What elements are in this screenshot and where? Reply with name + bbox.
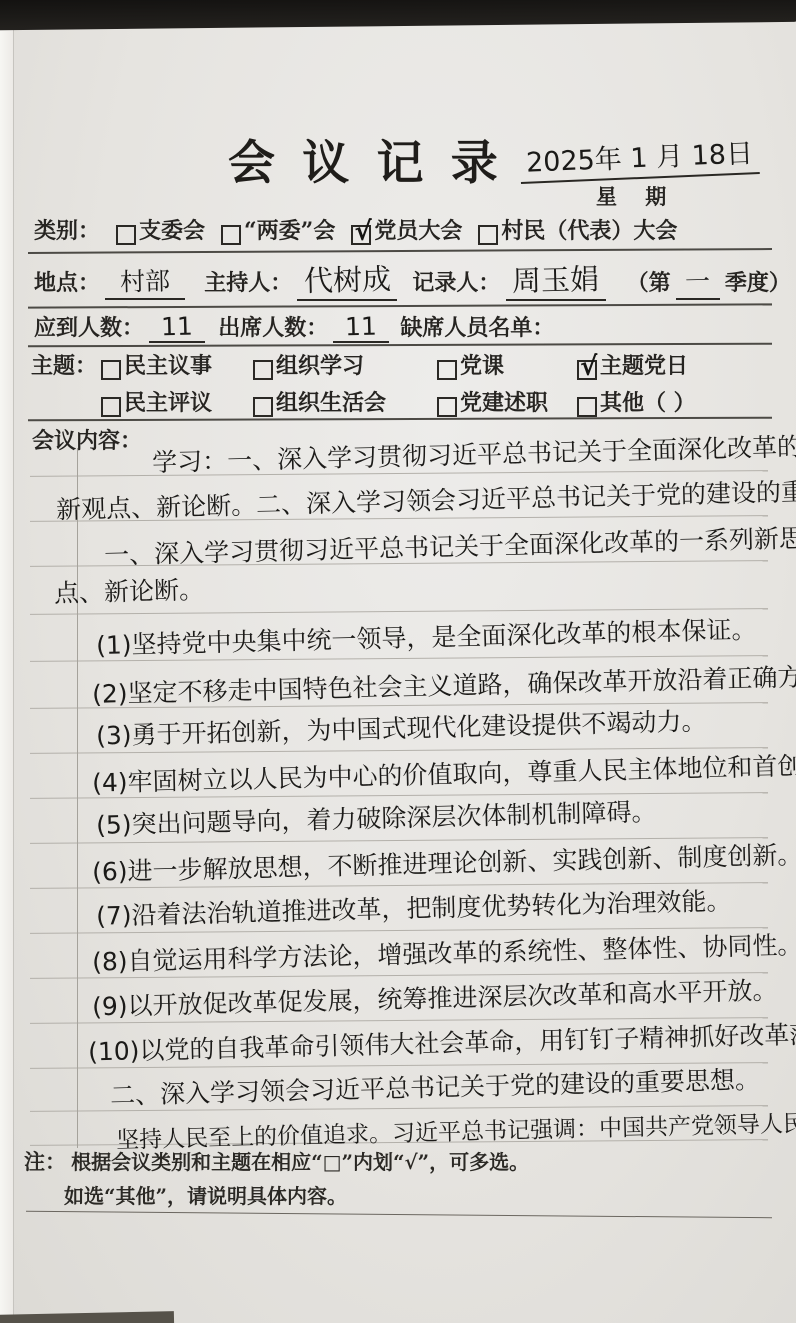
weekday-label: 星 期 [596, 181, 677, 211]
quarter-prefix: （第 [627, 270, 671, 296]
note-line-1: 根据会议类别和主题在相应“□”内划“√”，可多选。 [71, 1150, 529, 1174]
option-two-committees-meeting: “两委”会 [221, 214, 335, 245]
option-themed-party-day: √ 主题党日 [577, 349, 688, 380]
info-row: 地点： 村部 主持人： 代树成 记录人： 周玉娟 （第 一 季度） [34, 258, 791, 301]
checkbox-two-committees-meeting [221, 225, 241, 245]
option-label: 其他（ ） [600, 386, 696, 417]
content-line: 二、深入学习领会习近平总书记关于党的建设的重要思想。 [110, 1060, 761, 1112]
margin-vertical-line [77, 448, 78, 1148]
page-title: 会议记录 [228, 126, 525, 193]
divider [28, 303, 772, 308]
note-label: 注： [24, 1149, 66, 1174]
option-org-life-meeting: 组织生活会 [253, 386, 386, 417]
divider [28, 417, 772, 422]
checkbox-villager-representative-assembly [478, 225, 498, 245]
checkbox-organized-study [253, 360, 273, 380]
option-party-building-report: 党建述职 [437, 386, 548, 417]
quarter-value: 一 [685, 262, 711, 299]
divider [28, 248, 772, 254]
divider [28, 343, 772, 348]
category-row: 类别： 支委会 “两委”会 √ 党员大会 村民（代表）大会 [34, 214, 677, 245]
option-democratic-review: 民主评议 [101, 386, 212, 417]
content-line: 点、新论断。 [54, 570, 205, 610]
photographed-notebook-page: 会议记录 2025年 1 月 18日 星 期 类别： 支委会 “两委”会 √ 党… [0, 0, 796, 1323]
recorder-label: 记录人： [412, 270, 500, 296]
checkbox-org-life-meeting [253, 397, 273, 417]
option-organized-study: 组织学习 [253, 349, 364, 380]
meeting-minutes-form: 会议记录 2025年 1 月 18日 星 期 类别： 支委会 “两委”会 √ 党… [0, 18, 796, 1323]
bottom-divider [26, 1211, 772, 1219]
attendance-row: 应到人数： 11 出席人数： 11 缺席人员名单： [34, 311, 560, 343]
option-label: “两委”会 [244, 214, 335, 245]
option-other: 其他（ ） [577, 386, 696, 417]
topic-label: 主题： [31, 353, 97, 379]
host-value: 代树成 [303, 257, 391, 300]
content-line: (1)坚持党中央集中统一领导，是全面深化改革的根本保证。 [96, 610, 757, 662]
option-villager-representative-assembly: 村民（代表）大会 [478, 214, 677, 245]
checkbox-other [577, 397, 597, 417]
location-value: 村部 [120, 261, 171, 298]
option-label: 支委会 [139, 214, 205, 245]
option-label: 民主议事 [124, 349, 212, 380]
option-label: 党课 [460, 349, 504, 380]
absent-list-label: 缺席人员名单： [400, 315, 554, 341]
content-line: (9)以开放促改革促发展，统筹推进深层次改革和高水平开放。 [92, 971, 778, 1024]
option-democratic-deliberation: 民主议事 [101, 349, 212, 380]
option-label: 村民（代表）大会 [501, 214, 677, 245]
meeting-date: 2025年 1 月 18日 [519, 131, 760, 184]
recorder-value: 周玉娟 [512, 257, 600, 300]
option-label: 组织学习 [276, 349, 364, 380]
quarter-suffix: 季度） [725, 270, 791, 296]
note-line-2: 如选“其他”，请说明具体内容。 [64, 1180, 347, 1209]
option-label: 组织生活会 [276, 386, 386, 417]
content-line: (3)勇于开拓创新，为中国式现代化建设提供不竭动力。 [96, 702, 707, 753]
option-party-lecture: 党课 [437, 349, 504, 380]
topic-row-1: 主题： 民主议事 组织学习 党课 √ 主题党日 [31, 349, 97, 380]
checkbox-branch-committee [116, 225, 136, 245]
checkbox-party-member-assembly: √ [351, 225, 371, 245]
option-label: 党建述职 [460, 386, 548, 417]
page-left-edge [0, 18, 14, 1323]
checkbox-democratic-review [101, 397, 121, 417]
content-line: (6)进一步解放思想，不断推进理论创新、实践创新、制度创新。 [92, 835, 796, 888]
expected-count-label: 应到人数： [34, 315, 144, 341]
option-label: 党员大会 [374, 214, 462, 245]
checkbox-democratic-deliberation [101, 360, 121, 380]
content-line: (5)突出问题导向，着力破除深层次体制机制障碍。 [96, 792, 657, 842]
content-line: (7)沿着法治轨道推进改革，把制度优势转化为治理效能。 [96, 881, 732, 933]
checkmark: √ [580, 352, 597, 382]
content-line: (4)牢固树立以人民为中心的价值取向，尊重人民主体地位和首创精神。 [92, 744, 796, 799]
option-label: 主题党日 [600, 349, 688, 380]
option-label: 民主评议 [124, 386, 212, 417]
checkbox-party-building-report [437, 397, 457, 417]
footnote: 注： 根据会议类别和主题在相应“□”内划“√”，可多选。 [24, 1146, 529, 1176]
checkbox-party-lecture [437, 360, 457, 380]
checkbox-themed-party-day: √ [577, 360, 597, 380]
category-label: 类别： [34, 214, 100, 245]
host-label: 主持人： [204, 270, 292, 296]
checkmark: √ [354, 217, 371, 247]
option-party-member-assembly: √ 党员大会 [351, 214, 462, 245]
option-branch-committee: 支委会 [116, 214, 205, 245]
content-line: (8)自觉运用科学方法论，增强改革的系统性、整体性、协同性。 [92, 925, 796, 978]
present-count-label: 出席人数： [218, 315, 328, 341]
expected-count-value: 11 [161, 312, 194, 342]
location-label: 地点： [34, 270, 100, 296]
meeting-content-label: 会议内容： [32, 424, 142, 455]
present-count-value: 11 [345, 312, 378, 342]
